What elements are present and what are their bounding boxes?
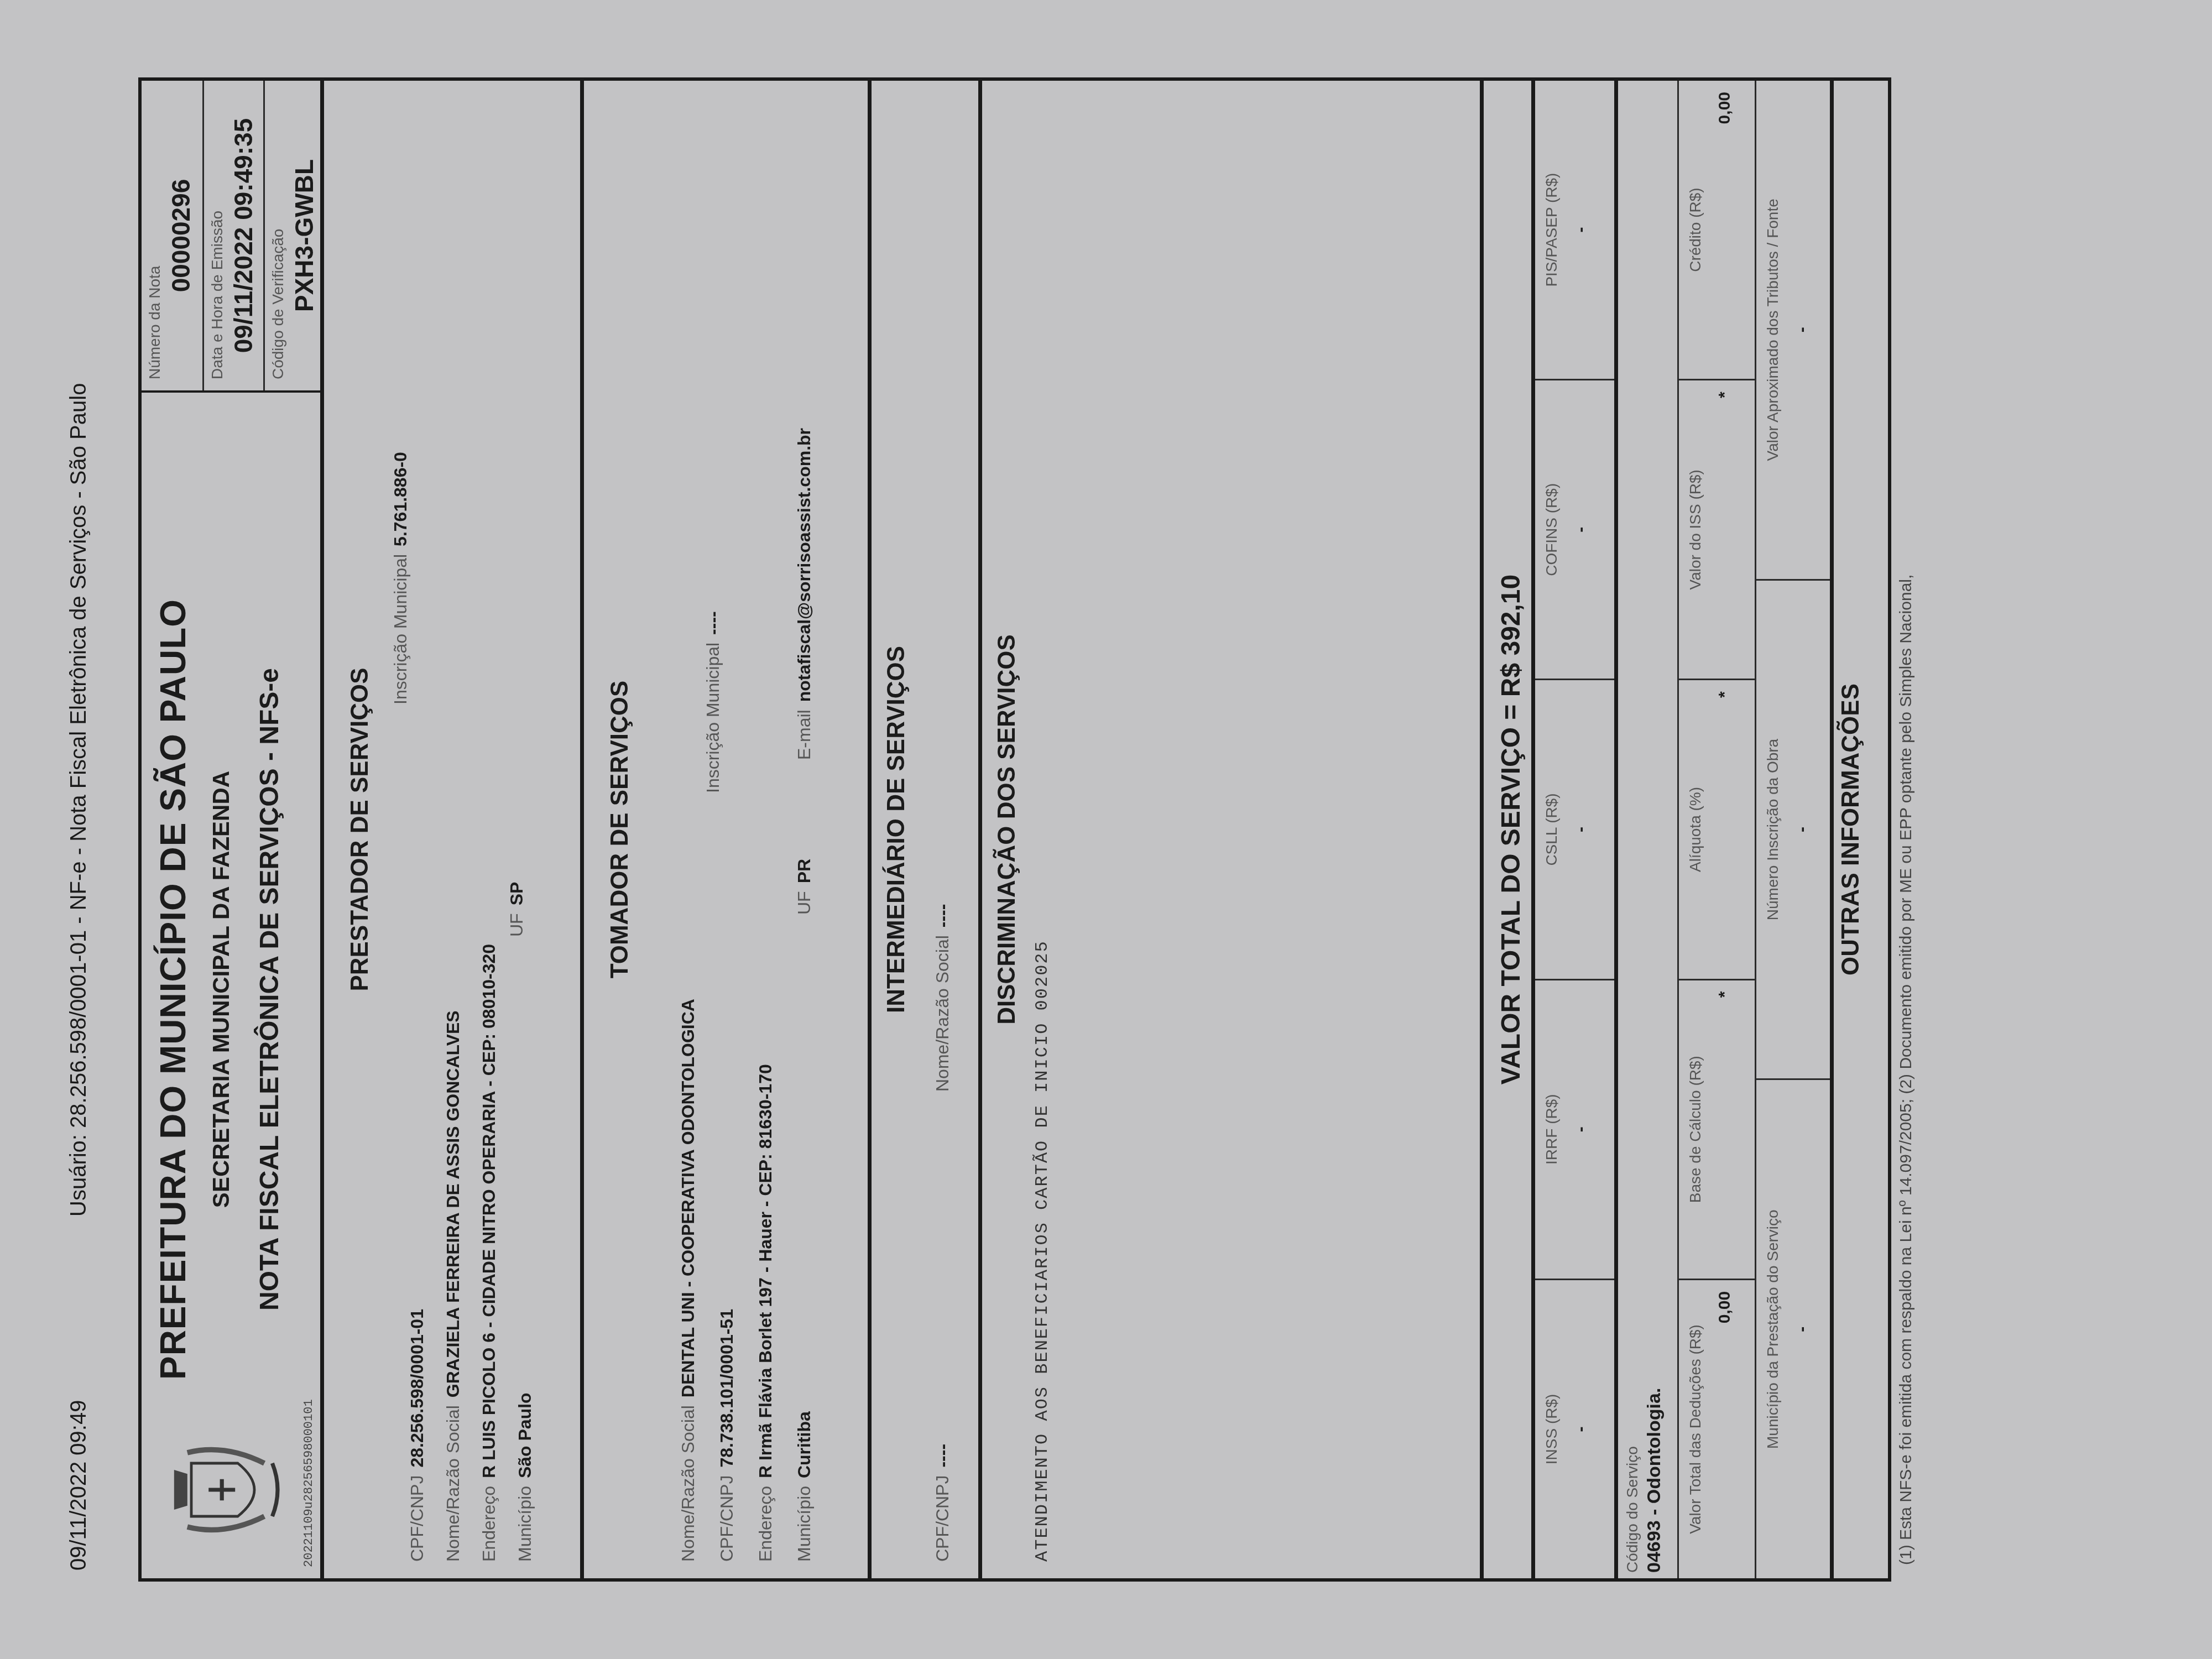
discriminacao-section: DISCRIMINAÇÃO DOS SERVIÇOS ATENDIMENTO A… xyxy=(982,81,1535,1578)
calculo-value: * xyxy=(1715,680,1734,978)
tributo-label: INSS (R$) xyxy=(1543,1280,1561,1578)
obra-cell: Valor Aproximado dos Tributos / Fonte- xyxy=(1756,81,1830,579)
tributo-cell: COFINS (R$)- xyxy=(1535,379,1614,679)
obra-cell: Município da Prestação do Serviço- xyxy=(1756,1078,1830,1578)
prestador-municipio: São Paulo xyxy=(515,1392,535,1478)
prestador-endereco: R LUIS PICOLO 6 - CIDADE NITRO OPERARIA … xyxy=(479,944,499,1478)
tomador-cnpj: 78.738.101/0001-51 xyxy=(717,1309,737,1467)
tributo-cell: CSLL (R$)- xyxy=(1535,679,1614,978)
discriminacao-title: DISCRIMINAÇÃO DOS SERVIÇOS xyxy=(993,81,1021,1578)
tributo-label: IRRF (R$) xyxy=(1543,980,1561,1279)
valor-total: VALOR TOTAL DO SERVIÇO = R$ 392,10 xyxy=(1480,81,1535,1578)
invoice-header: 20221109u28256598000101 PREFEITURA DO MU… xyxy=(142,81,324,1578)
tomador-endereco: R Irmã Flávia Borlet 197 - Hauer - CEP: … xyxy=(755,1064,775,1478)
document-type: NOTA FISCAL ELETRÔNICA DE SERVIÇOS - NFS… xyxy=(254,566,285,1412)
prestador-endereco-label: Endereço xyxy=(479,1486,499,1562)
calculo-value: 0,00 xyxy=(1715,1280,1734,1578)
nfse-document: 09/11/2022 09:49 Usuário: 28.256.598/000… xyxy=(0,0,2212,1659)
tomador-nome: DENTAL UNI - COOPERATIVA ODONTOLOGICA xyxy=(678,999,698,1397)
calculo-value: * xyxy=(1715,380,1734,679)
tomador-uf-label: UF xyxy=(794,891,814,915)
data-value: 09/11/2022 09:49:35 xyxy=(228,92,258,379)
intermediario-section: INTERMEDIÁRIO DE SERVIÇOS CPF/CNPJ---- N… xyxy=(872,81,982,1578)
outras-title: OUTRAS INFORMAÇÕES xyxy=(1837,81,1865,1578)
intermediario-nome: ---- xyxy=(932,904,952,928)
intermediario-title: INTERMEDIÁRIO DE SERVIÇOS xyxy=(883,81,910,1578)
prestador-cnpj-label: CPF/CNPJ xyxy=(407,1475,427,1562)
codigo-servico-label: Código do Serviço xyxy=(1624,86,1641,1573)
barcode-text: 20221109u28256598000101 xyxy=(302,1399,316,1567)
data-label: Data e Hora de Emissão xyxy=(208,92,226,379)
discriminacao-text: ATENDIMENTO AOS BENEFICIARIOS CARTÃO DE … xyxy=(1032,940,1052,1562)
tomador-section: TOMADOR DE SERVIÇOS Nome/Razão SocialDEN… xyxy=(584,81,872,1578)
codigo-value: PXH3-GWBL xyxy=(289,92,319,379)
tributo-cell: INSS (R$)- xyxy=(1535,1279,1614,1578)
tributo-label: PIS/PASEP (R$) xyxy=(1543,81,1561,379)
calculo-label: Base de Cálculo (R$) xyxy=(1687,980,1704,1279)
tomador-inscricao: ---- xyxy=(703,611,723,635)
tributo-value: - xyxy=(1572,380,1590,679)
outras-text: (1) Esta NFS-e foi emitida com respaldo … xyxy=(1897,100,1916,1565)
outras-section: OUTRAS INFORMAÇÕES xyxy=(1834,81,1895,1578)
obra-label: Município da Prestação do Serviço xyxy=(1764,1080,1782,1578)
invoice-meta: Número da Nota 00000296 Data e Hora de E… xyxy=(142,81,324,393)
calculo-label: Crédito (R$) xyxy=(1687,81,1704,379)
tributo-cell: IRRF (R$)- xyxy=(1535,979,1614,1279)
codigo-servico-value: 04693 - Odontologia. xyxy=(1644,86,1665,1573)
tributos-row: INSS (R$)-IRRF (R$)-CSLL (R$)-COFINS (R$… xyxy=(1535,81,1618,1578)
tomador-municipio: Curitiba xyxy=(794,1411,814,1478)
prestador-title: PRESTADOR DE SERVIÇOS xyxy=(346,81,374,1578)
tomador-email-label: E-mail xyxy=(794,709,814,760)
print-timestamp: 09/11/2022 09:49 xyxy=(66,1400,91,1571)
calculo-label: Valor do ISS (R$) xyxy=(1687,380,1704,679)
prestador-uf: SP xyxy=(507,882,526,906)
tributo-value: - xyxy=(1572,680,1590,978)
prestador-cnpj: 28.256.598/0001-01 xyxy=(407,1309,427,1467)
calculo-value: * xyxy=(1715,980,1734,1279)
obra-label: Número Inscrição da Obra xyxy=(1764,581,1782,1079)
invoice-frame: 20221109u28256598000101 PREFEITURA DO MU… xyxy=(138,77,1891,1582)
calculo-label: Alíquota (%) xyxy=(1687,680,1704,978)
prestador-inscricao: 5.761.886-0 xyxy=(390,452,410,546)
intermediario-cnpj-label: CPF/CNPJ xyxy=(932,1475,952,1562)
tomador-cnpj-label: CPF/CNPJ xyxy=(717,1475,737,1562)
tomador-municipio-label: Município xyxy=(794,1486,814,1562)
obra-value: - xyxy=(1793,581,1812,1079)
calculo-label: Valor Total das Deduções (R$) xyxy=(1687,1280,1704,1578)
prestador-uf-label: UF xyxy=(507,913,526,937)
prestador-nome: GRAZIELA FERREIRA DE ASSIS GONCALVES xyxy=(443,1010,463,1397)
obra-value: - xyxy=(1793,81,1812,579)
tributo-value: - xyxy=(1572,980,1590,1279)
tributo-cell: PIS/PASEP (R$)- xyxy=(1535,81,1614,379)
codigo-servico: Código do Serviço 04693 - Odontologia. xyxy=(1618,81,1679,1578)
tomador-title: TOMADOR DE SERVIÇOS xyxy=(606,81,634,1578)
prestador-inscricao-label: Inscrição Municipal xyxy=(390,554,410,705)
calculo-row: Valor Total das Deduções (R$)0,00Base de… xyxy=(1679,81,1756,1578)
calculo-cell: Valor do ISS (R$)* xyxy=(1679,379,1755,679)
intermediario-nome-label: Nome/Razão Social xyxy=(932,935,952,1092)
intermediario-cnpj: ---- xyxy=(932,1444,952,1468)
tomador-inscricao-label: Inscrição Municipal xyxy=(703,643,723,793)
calculo-cell: Valor Total das Deduções (R$)0,00 xyxy=(1679,1279,1755,1578)
tomador-nome-label: Nome/Razão Social xyxy=(678,1405,698,1562)
tomador-uf: PR xyxy=(794,859,814,883)
tributo-label: COFINS (R$) xyxy=(1543,380,1561,679)
print-user-line: Usuário: 28.256.598/0001-01 - NF-e - Not… xyxy=(66,383,91,1217)
calculo-value: 0,00 xyxy=(1715,81,1734,379)
calculo-cell: Alíquota (%)* xyxy=(1679,679,1755,978)
obra-value: - xyxy=(1793,1080,1812,1578)
calculo-cell: Base de Cálculo (R$)* xyxy=(1679,979,1755,1279)
calculo-cell: Crédito (R$)0,00 xyxy=(1679,81,1755,379)
tomador-endereco-label: Endereço xyxy=(755,1486,775,1562)
prestador-section: PRESTADOR DE SERVIÇOS CPF/CNPJ28.256.598… xyxy=(324,81,584,1578)
tributo-label: CSLL (R$) xyxy=(1543,680,1561,978)
print-header: 09/11/2022 09:49 Usuário: 28.256.598/000… xyxy=(66,0,100,1659)
page-subtitle: SECRETARIA MUNICIPAL DA FAZENDA xyxy=(208,566,234,1412)
prestador-municipio-label: Município xyxy=(515,1486,535,1562)
tributo-value: - xyxy=(1572,1280,1590,1578)
obra-cell: Número Inscrição da Obra- xyxy=(1756,579,1830,1079)
numero-label: Número da Nota xyxy=(146,92,164,379)
tributo-value: - xyxy=(1572,81,1590,379)
page-title: PREFEITURA DO MUNICÍPIO DE SÃO PAULO xyxy=(153,566,194,1412)
codigo-label: Código de Verificação xyxy=(269,92,287,379)
numero-value: 00000296 xyxy=(166,92,196,379)
coat-of-arms-icon xyxy=(158,1423,291,1556)
obra-row: Município da Prestação do Serviço-Número… xyxy=(1756,81,1834,1578)
prestador-nome-label: Nome/Razão Social xyxy=(443,1405,463,1562)
tomador-email[interactable]: notafiscal@sorrisoassist.com.br xyxy=(794,428,814,702)
obra-label: Valor Aproximado dos Tributos / Fonte xyxy=(1764,81,1782,579)
